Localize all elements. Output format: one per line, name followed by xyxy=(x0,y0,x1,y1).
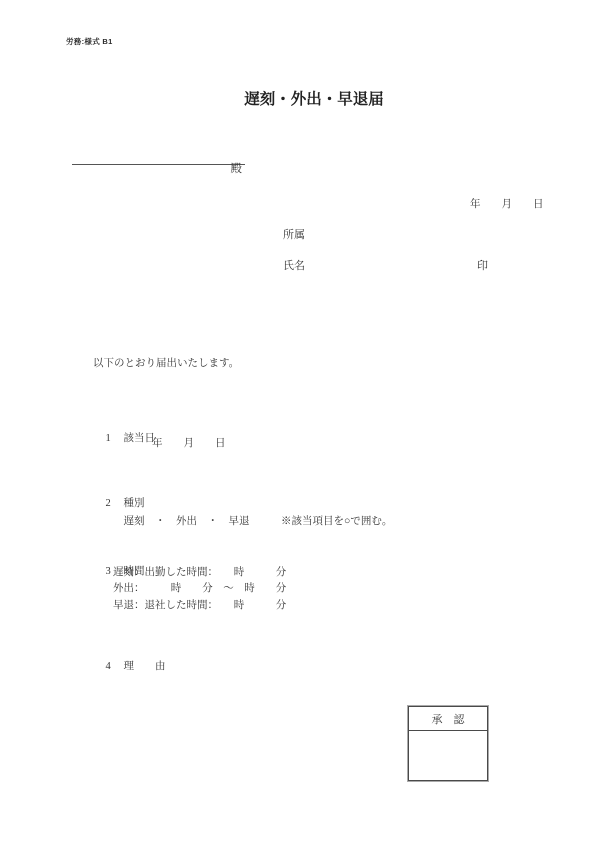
section-1-heading: 1該当日 xyxy=(95,420,155,458)
time-early-line: 早退：退社した時間： 時 分 xyxy=(113,600,286,613)
type-options: 遅刻 ・ 外出 ・ 早退 xyxy=(124,516,250,527)
recipient-line: 殿 xyxy=(72,149,245,165)
submission-date-field: 年 月 日 xyxy=(470,199,544,212)
form-code-label: 労務:様式 B1 xyxy=(66,37,113,46)
section-1-number: 1 xyxy=(106,433,124,446)
seal-label: 印 xyxy=(477,260,488,273)
section-4-title: 理 由 xyxy=(124,661,166,672)
form-title: 遅刻・外出・早退届 xyxy=(14,91,600,110)
time-late-line: 遅刻：出勤した時間： 時 分 xyxy=(113,567,286,580)
recipient-blank-field xyxy=(84,171,231,172)
applicable-date-field: 年 月 日 xyxy=(152,438,226,451)
type-note: ※該当項目を○で囲む。 xyxy=(281,516,392,527)
intro-text: 以下のとおり届出いたします。 xyxy=(93,358,239,371)
recipient-honorific: 殿 xyxy=(231,163,243,175)
time-out-line: 外出： 時 分 ～ 時 分 xyxy=(113,583,286,596)
type-options-line: 遅刻 ・ 外出 ・ 早退 ※該当項目を○で囲む。 xyxy=(113,503,392,541)
section-4-number: 4 xyxy=(106,661,124,674)
approval-box: 承 認 xyxy=(408,706,488,781)
approval-header: 承 認 xyxy=(409,707,487,731)
section-1-title: 該当日 xyxy=(124,433,156,444)
affiliation-label: 所属 xyxy=(283,229,305,242)
form-page: 労務:様式 B1 遅刻・外出・早退届 殿 年 月 日 所属 氏名 印 以下のとお… xyxy=(0,0,600,850)
name-label: 氏名 xyxy=(283,260,305,273)
section-4-heading: 4理 由 xyxy=(95,648,166,686)
approval-signature-area xyxy=(409,731,487,780)
